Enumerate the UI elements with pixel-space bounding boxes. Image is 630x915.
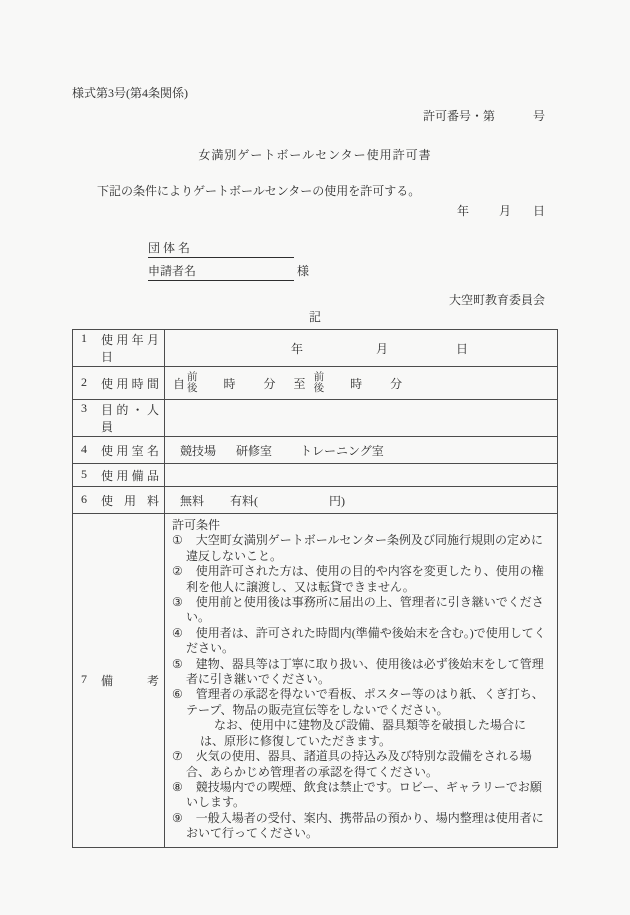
row-number: 4 bbox=[81, 442, 101, 459]
condition-number: ⑦ bbox=[172, 749, 183, 763]
purpose-value-empty bbox=[165, 400, 558, 437]
permit-number-prefix: 許可番号・第 bbox=[423, 109, 495, 123]
issue-date-month: 月 bbox=[499, 204, 511, 218]
table-row-rooms: 4 使用室名 競技場 研修室 トレーニング室 bbox=[73, 437, 558, 464]
time-to-ampm: 前 後 bbox=[314, 372, 325, 394]
use-time-value: 自 前 後 時 分 至 前 後 時 分 bbox=[166, 372, 556, 394]
am-label: 前 bbox=[187, 372, 198, 383]
issue-date-day: 日 bbox=[533, 204, 545, 218]
condition-note: なお、使用中に建物及び設備、器具類等を破損した場合には、原形に修復していただきま… bbox=[200, 718, 548, 749]
row-label-text: 使用室名 bbox=[101, 442, 159, 459]
table-row-equipment: 5 使用備品 bbox=[73, 464, 558, 487]
am-label: 前 bbox=[314, 372, 325, 383]
row-number: 2 bbox=[81, 375, 101, 392]
time-from-minute: 分 bbox=[264, 375, 276, 392]
time-from: 自 bbox=[173, 375, 185, 392]
org-name-line: 団 体 名 bbox=[148, 240, 558, 258]
room-option-arena: 競技場 bbox=[180, 442, 216, 459]
condition-text: 使用前と使用後は事務所に届出の上、管理者に引き継いでください。 bbox=[186, 595, 544, 624]
time-from-hour: 時 bbox=[224, 375, 236, 392]
row-label: 6 使用料 bbox=[74, 492, 163, 509]
equipment-value-empty bbox=[165, 464, 558, 487]
permit-condition-5: ⑤建物、器具等は丁寧に取り扱い、使用後は必ず後始末をして管理者に引き継いでくださ… bbox=[172, 657, 548, 688]
applicant-name-line: 申請者名様 bbox=[148, 263, 558, 281]
condition-number: ② bbox=[172, 564, 183, 578]
row-label: 5 使用備品 bbox=[74, 467, 163, 484]
condition-number: ① bbox=[172, 533, 183, 547]
issuer-name: 大空町教育委員会 bbox=[72, 293, 558, 307]
row-number: 7 bbox=[81, 672, 101, 689]
use-date-day: 日 bbox=[456, 340, 468, 357]
row-label: 4 使用室名 bbox=[74, 442, 163, 459]
condition-text: 大空町女満別ゲートボールセンター条例及び同施行規則の定めに違反しないこと。 bbox=[186, 533, 543, 562]
document-title: 女満別ゲートボールセンター使用許可書 bbox=[72, 147, 558, 163]
condition-number: ③ bbox=[172, 595, 183, 609]
condition-text: 競技場内での喫煙、飲食は禁止です。ロビー、ギャラリーでお願いします。 bbox=[186, 780, 542, 809]
permit-condition-7: ⑦火気の使用、器具、諸道具の持込み及び特別な設備をされる場合、あらかじめ管理者の… bbox=[172, 749, 548, 780]
use-date-year: 年 bbox=[291, 340, 303, 357]
issue-date-year: 年 bbox=[457, 204, 469, 218]
row-number: 6 bbox=[81, 492, 101, 509]
table-row-remarks: 7 備考 許可条件 ①大空町女満別ゲートボールセンター条例及び同施行規則の定めに… bbox=[73, 514, 558, 848]
condition-text: 使用許可された方は、使用の目的や内容を変更したり、使用の権利を他人に譲渡し、又は… bbox=[186, 564, 544, 593]
permit-condition-1: ①大空町女満別ゲートボールセンター条例及び同施行規則の定めに違反しないこと。 bbox=[172, 533, 548, 564]
condition-number: ⑨ bbox=[172, 811, 183, 825]
table-row-purpose: 3 目的・人員 bbox=[73, 400, 558, 437]
row-label: 2 使用時間 bbox=[74, 375, 163, 392]
row-number: 3 bbox=[81, 401, 101, 435]
row-label: 3 目的・人員 bbox=[74, 401, 163, 435]
time-to-minute: 分 bbox=[390, 375, 402, 392]
rooms-value: 競技場 研修室 トレーニング室 bbox=[166, 442, 556, 459]
honorific: 様 bbox=[297, 264, 309, 278]
permit-document-page: 様式第3号(第4条関係) 許可番号・第 号 女満別ゲートボールセンター使用許可書… bbox=[0, 0, 630, 915]
intro-sentence: 下記の条件によりゲートボールセンターの使用を許可する。 bbox=[72, 184, 558, 198]
condition-number: ⑧ bbox=[172, 780, 183, 794]
permit-condition-6: ⑥管理者の承認を得ないで看板、ポスター等のはり紙、くぎ打ち、テープ、物品の販売宣… bbox=[172, 687, 548, 749]
conditions-heading: 許可条件 bbox=[172, 518, 548, 533]
room-option-training: トレーニング室 bbox=[300, 442, 384, 459]
row-label-text: 目的・人員 bbox=[101, 401, 159, 435]
permit-condition-8: ⑧競技場内での喫煙、飲食は禁止です。ロビー、ギャラリーでお願いします。 bbox=[172, 780, 548, 811]
row-label: 7 備考 bbox=[74, 672, 163, 689]
fee-value: 無料 有料( 円) bbox=[166, 492, 556, 509]
permit-condition-4: ④使用者は、許可された時間内(準備や後始末を含む。)で使用してください。 bbox=[172, 626, 548, 657]
time-to: 至 bbox=[294, 375, 306, 392]
permit-number-line: 許可番号・第 号 bbox=[72, 109, 558, 123]
record-mark: 記 bbox=[72, 310, 558, 324]
condition-number: ⑥ bbox=[172, 687, 183, 701]
table-row-use-date: 1 使用年月日 年 月 日 bbox=[73, 330, 558, 367]
condition-text: 建物、器具等は丁寧に取り扱い、使用後は必ず後始末をして管理者に引き継いでください… bbox=[186, 657, 544, 686]
issue-date-line: 年 月 日 bbox=[72, 204, 558, 218]
row-label-text: 使用時間 bbox=[101, 375, 159, 392]
row-number: 1 bbox=[81, 331, 101, 365]
fee-option-paid-prefix: 有料( bbox=[230, 492, 258, 509]
time-to-hour: 時 bbox=[350, 375, 362, 392]
permit-number-blank bbox=[495, 109, 533, 123]
permit-condition-3: ③使用前と使用後は事務所に届出の上、管理者に引き継いでください。 bbox=[172, 595, 548, 626]
table-row-use-time: 2 使用時間 自 前 後 時 分 至 前 後 bbox=[73, 367, 558, 400]
room-option-seminar: 研修室 bbox=[236, 442, 272, 459]
use-date-value: 年 月 日 bbox=[166, 340, 556, 357]
condition-number: ⑤ bbox=[172, 657, 183, 671]
permit-condition-2: ②使用許可された方は、使用の目的や内容を変更したり、使用の権利を他人に譲渡し、又… bbox=[172, 564, 548, 595]
row-label: 1 使用年月日 bbox=[74, 331, 163, 365]
applicant-block: 団 体 名 申請者名様 bbox=[148, 240, 558, 281]
permit-condition-9: ⑨一般入場者の受付、案内、携帯品の預かり、場内整理は使用者において行ってください… bbox=[172, 811, 548, 842]
use-date-month: 月 bbox=[376, 340, 388, 357]
time-from-ampm: 前 後 bbox=[187, 372, 198, 394]
fee-option-free: 無料 bbox=[180, 492, 204, 509]
condition-text: 管理者の承認を得ないで看板、ポスター等のはり紙、くぎ打ち、テープ、物品の販売宣伝… bbox=[186, 687, 544, 716]
row-label-text: 備考 bbox=[101, 672, 159, 689]
condition-text: 火気の使用、器具、諸道具の持込み及び特別な設備をされる場合、あらかじめ管理者の承… bbox=[186, 749, 532, 778]
remarks-content: 許可条件 ①大空町女満別ゲートボールセンター条例及び同施行規則の定めに違反しない… bbox=[166, 515, 556, 846]
row-label-text: 使用年月日 bbox=[101, 331, 159, 365]
permit-table: 1 使用年月日 年 月 日 2 使用時間 自 bbox=[72, 329, 558, 848]
table-row-fee: 6 使用料 無料 有料( 円) bbox=[73, 487, 558, 514]
row-label-text: 使用備品 bbox=[101, 467, 159, 484]
applicant-name-label: 申請者名 bbox=[148, 263, 294, 281]
permit-number-suffix: 号 bbox=[533, 109, 545, 123]
fee-option-paid-suffix: 円) bbox=[329, 492, 345, 509]
condition-text: 使用者は、許可された時間内(準備や後始末を含む。)で使用してください。 bbox=[186, 626, 546, 655]
pm-label: 後 bbox=[187, 383, 198, 394]
form-number: 様式第3号(第4条関係) bbox=[72, 86, 558, 100]
condition-number: ④ bbox=[172, 626, 183, 640]
condition-text: 一般入場者の受付、案内、携帯品の預かり、場内整理は使用者において行ってください。 bbox=[186, 811, 544, 840]
row-number: 5 bbox=[81, 467, 101, 484]
pm-label: 後 bbox=[314, 383, 325, 394]
row-label-text: 使用料 bbox=[101, 492, 159, 509]
org-name-label: 団 体 名 bbox=[148, 240, 294, 258]
